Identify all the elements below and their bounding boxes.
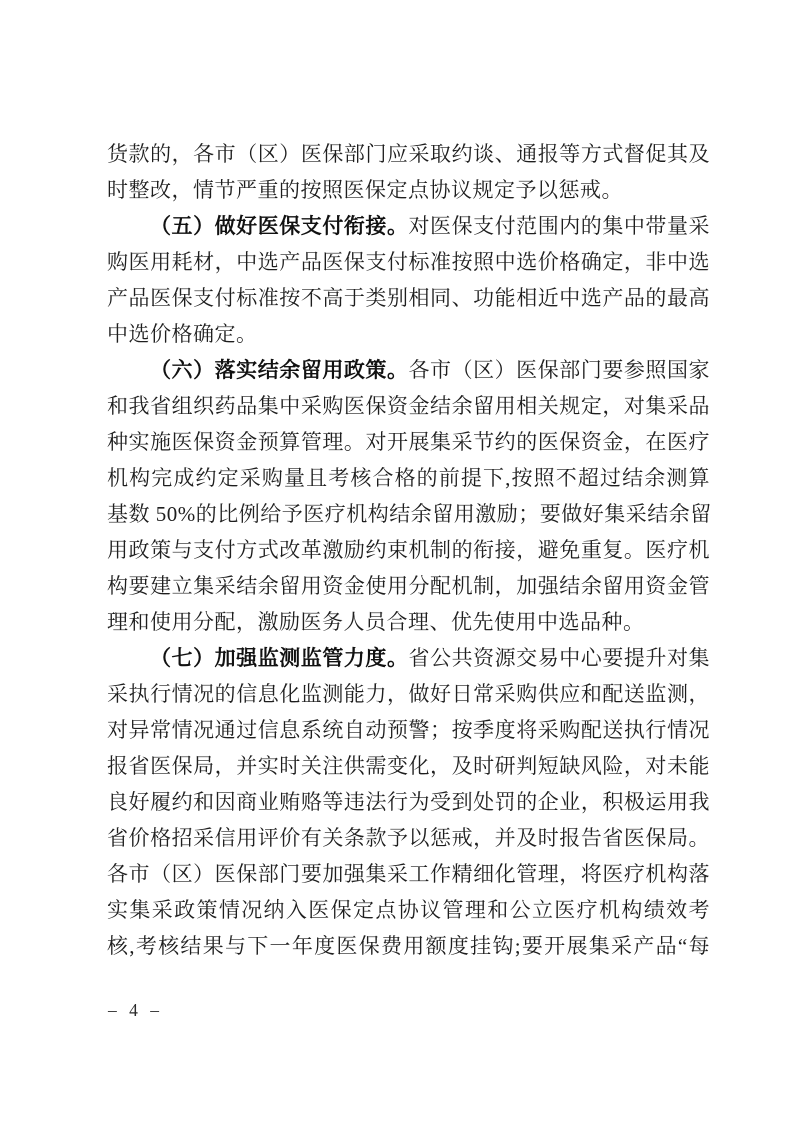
- line-text: 各市（区）医保部门要参照国家: [408, 358, 710, 382]
- section-paragraph-line: （五）做好医保支付衔接。对医保支付范围内的集中带量采: [107, 208, 710, 244]
- text-line: 对异常情况通过信息系统自动预警；按季度将采购配送执行情况: [107, 712, 710, 748]
- text-line: 核,考核结果与下一年度医保费用额度挂钩;要开展集采产品“每: [107, 928, 710, 964]
- section-paragraph-line: （六）落实结余留用政策。各市（区）医保部门要参照国家: [107, 352, 710, 388]
- text-line: 基数 50%的比例给予医疗机构结余留用激励；要做好集采结余留: [107, 496, 710, 532]
- line-text: 货款的，各市（区）医保部门应采取约谈、通报等方式督促其及: [107, 142, 710, 166]
- line-text: 构要建立集采结余留用资金使用分配机制，加强结余留用资金管: [107, 574, 710, 598]
- section-heading: （六）落实结余留用政策。: [150, 358, 408, 382]
- line-text: 实集采政策情况纳入医保定点协议管理和公立医疗机构绩效考: [107, 898, 710, 922]
- text-line: 采执行情况的信息化监测能力，做好日常采购供应和配送监测，: [107, 676, 710, 712]
- line-text: 各市（区）医保部门要加强集采工作精细化管理，将医疗机构落: [107, 862, 710, 886]
- line-text: 省价格招采信用评价有关条款予以惩戒，并及时报告省医保局。: [107, 826, 710, 850]
- line-text: 中选价格确定。: [107, 322, 258, 346]
- text-line: 购医用耗材，中选产品医保支付标准按照中选价格确定，非中选: [107, 244, 710, 280]
- text-line: 机构完成约定采购量且考核合格的前提下,按照不超过结余测算: [107, 460, 710, 496]
- line-text: 机构完成约定采购量且考核合格的前提下,按照不超过结余测算: [107, 466, 710, 490]
- line-text: 时整改，情节严重的按照医保定点协议规定予以惩戒。: [107, 178, 623, 202]
- text-line: 和我省组织药品集中采购医保资金结余留用相关规定，对集采品: [107, 388, 710, 424]
- text-line: 实集采政策情况纳入医保定点协议管理和公立医疗机构绩效考: [107, 892, 710, 928]
- text-line: 中选价格确定。: [107, 316, 710, 352]
- line-text: 核,考核结果与下一年度医保费用额度挂钩;要开展集采产品“每: [107, 934, 710, 958]
- text-line: 种实施医保资金预算管理。对开展集采节约的医保资金，在医疗: [107, 424, 710, 460]
- line-text: 良好履约和因商业贿赂等违法行为受到处罚的企业，积极运用我: [107, 790, 710, 814]
- section-heading: （七）加强监测监管力度。: [150, 646, 408, 670]
- line-text: 产品医保支付标准按不高于类别相同、功能相近中选产品的最高: [107, 286, 710, 310]
- line-text: 种实施医保资金预算管理。对开展集采节约的医保资金，在医疗: [107, 430, 710, 454]
- line-text: 购医用耗材，中选产品医保支付标准按照中选价格确定，非中选: [107, 250, 710, 274]
- line-text: 省公共资源交易中心要提升对集: [408, 646, 710, 670]
- text-line: 报省医保局，并实时关注供需变化，及时研判短缺风险，对未能: [107, 748, 710, 784]
- page-number: – 4 –: [108, 1000, 163, 1021]
- document-body: 货款的，各市（区）医保部门应采取约谈、通报等方式督促其及时整改，情节严重的按照医…: [107, 136, 710, 964]
- text-line: 省价格招采信用评价有关条款予以惩戒，并及时报告省医保局。: [107, 820, 710, 856]
- document-page: 货款的，各市（区）医保部门应采取约谈、通报等方式督促其及时整改，情节严重的按照医…: [0, 0, 793, 1122]
- line-text: 对医保支付范围内的集中带量采: [408, 214, 710, 238]
- section-paragraph-line: （七）加强监测监管力度。省公共资源交易中心要提升对集: [107, 640, 710, 676]
- line-text: 用政策与支付方式改革激励约束机制的衔接，避免重复。医疗机: [107, 538, 710, 562]
- line-text: 采执行情况的信息化监测能力，做好日常采购供应和配送监测，: [107, 682, 710, 706]
- text-line: 各市（区）医保部门要加强集采工作精细化管理，将医疗机构落: [107, 856, 710, 892]
- text-line: 货款的，各市（区）医保部门应采取约谈、通报等方式督促其及: [107, 136, 710, 172]
- line-text: 基数 50%的比例给予医疗机构结余留用激励；要做好集采结余留: [107, 502, 712, 526]
- line-text: 理和使用分配，激励医务人员合理、优先使用中选品种。: [107, 610, 645, 634]
- text-line: 产品医保支付标准按不高于类别相同、功能相近中选产品的最高: [107, 280, 710, 316]
- text-line: 用政策与支付方式改革激励约束机制的衔接，避免重复。医疗机: [107, 532, 710, 568]
- section-heading: （五）做好医保支付衔接。: [150, 214, 408, 238]
- text-line: 时整改，情节严重的按照医保定点协议规定予以惩戒。: [107, 172, 710, 208]
- text-line: 理和使用分配，激励医务人员合理、优先使用中选品种。: [107, 604, 710, 640]
- line-text: 和我省组织药品集中采购医保资金结余留用相关规定，对集采品: [107, 394, 710, 418]
- text-line: 构要建立集采结余留用资金使用分配机制，加强结余留用资金管: [107, 568, 710, 604]
- line-text: 报省医保局，并实时关注供需变化，及时研判短缺风险，对未能: [107, 754, 710, 778]
- text-line: 良好履约和因商业贿赂等违法行为受到处罚的企业，积极运用我: [107, 784, 710, 820]
- line-text: 对异常情况通过信息系统自动预警；按季度将采购配送执行情况: [107, 718, 710, 742]
